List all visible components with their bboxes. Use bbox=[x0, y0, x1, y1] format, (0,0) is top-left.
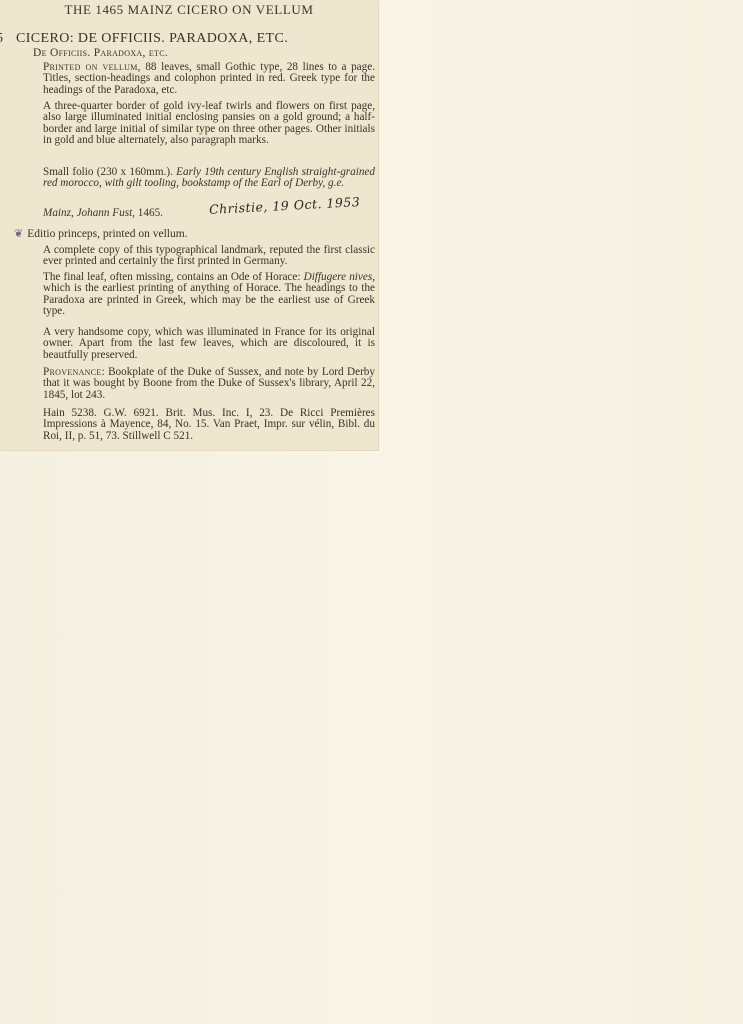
lot-number: 5 bbox=[0, 31, 3, 47]
running-head: THE 1465 MAINZ CICERO ON VELLUM bbox=[0, 2, 378, 18]
fleuron-icon: ❦ bbox=[14, 228, 23, 240]
format-description: Small folio (230 x 160mm.). Early 19th c… bbox=[43, 167, 375, 190]
landmark-note: A complete copy of this typographical la… bbox=[43, 245, 375, 268]
handwritten-note: Christie, 19 Oct. 1953 bbox=[209, 194, 361, 217]
editio-princeps: ❦Editio princeps, printed on vellum. bbox=[14, 227, 188, 240]
lot-title: CICERO: DE OFFICIIS. PARADOXA, ETC. bbox=[16, 31, 288, 47]
final-leaf-note: The final leaf, often missing, contains … bbox=[43, 272, 375, 317]
provenance-note: Provenance: Bookplate of the Duke of Sus… bbox=[43, 367, 375, 401]
printed-description: Printed on vellum, 88 leaves, small Goth… bbox=[43, 62, 375, 96]
lot-subtitle: De Officiis. Paradoxa, etc. bbox=[33, 47, 168, 59]
references: Hain 5238. G.W. 6921. Brit. Mus. Inc. I,… bbox=[43, 408, 375, 442]
final-leaf-text-b: which is the earliest printing of anythi… bbox=[43, 282, 375, 317]
final-leaf-text-a: The final leaf, often missing, contains … bbox=[43, 271, 304, 283]
catalogue-clipping: THE 1465 MAINZ CICERO ON VELLUM 5 CICERO… bbox=[0, 0, 378, 450]
provenance-label: Provenance bbox=[43, 366, 102, 378]
printed-lead: Printed on vellum, bbox=[43, 61, 141, 73]
editio-text: Editio princeps, printed on vellum. bbox=[27, 228, 187, 240]
imprint-year: 1465. bbox=[135, 207, 163, 219]
imprint-place: Mainz, Johann Fust, bbox=[43, 207, 135, 219]
condition-note: A very handsome copy, which was illumina… bbox=[43, 327, 375, 361]
border-description: A three-quarter border of gold ivy-leaf … bbox=[43, 101, 375, 146]
imprint: Mainz, Johann Fust, 1465. bbox=[43, 207, 163, 219]
format-plain: Small folio (230 x 160mm.). bbox=[43, 166, 176, 178]
ode-title: Diffugere nives, bbox=[304, 271, 375, 283]
